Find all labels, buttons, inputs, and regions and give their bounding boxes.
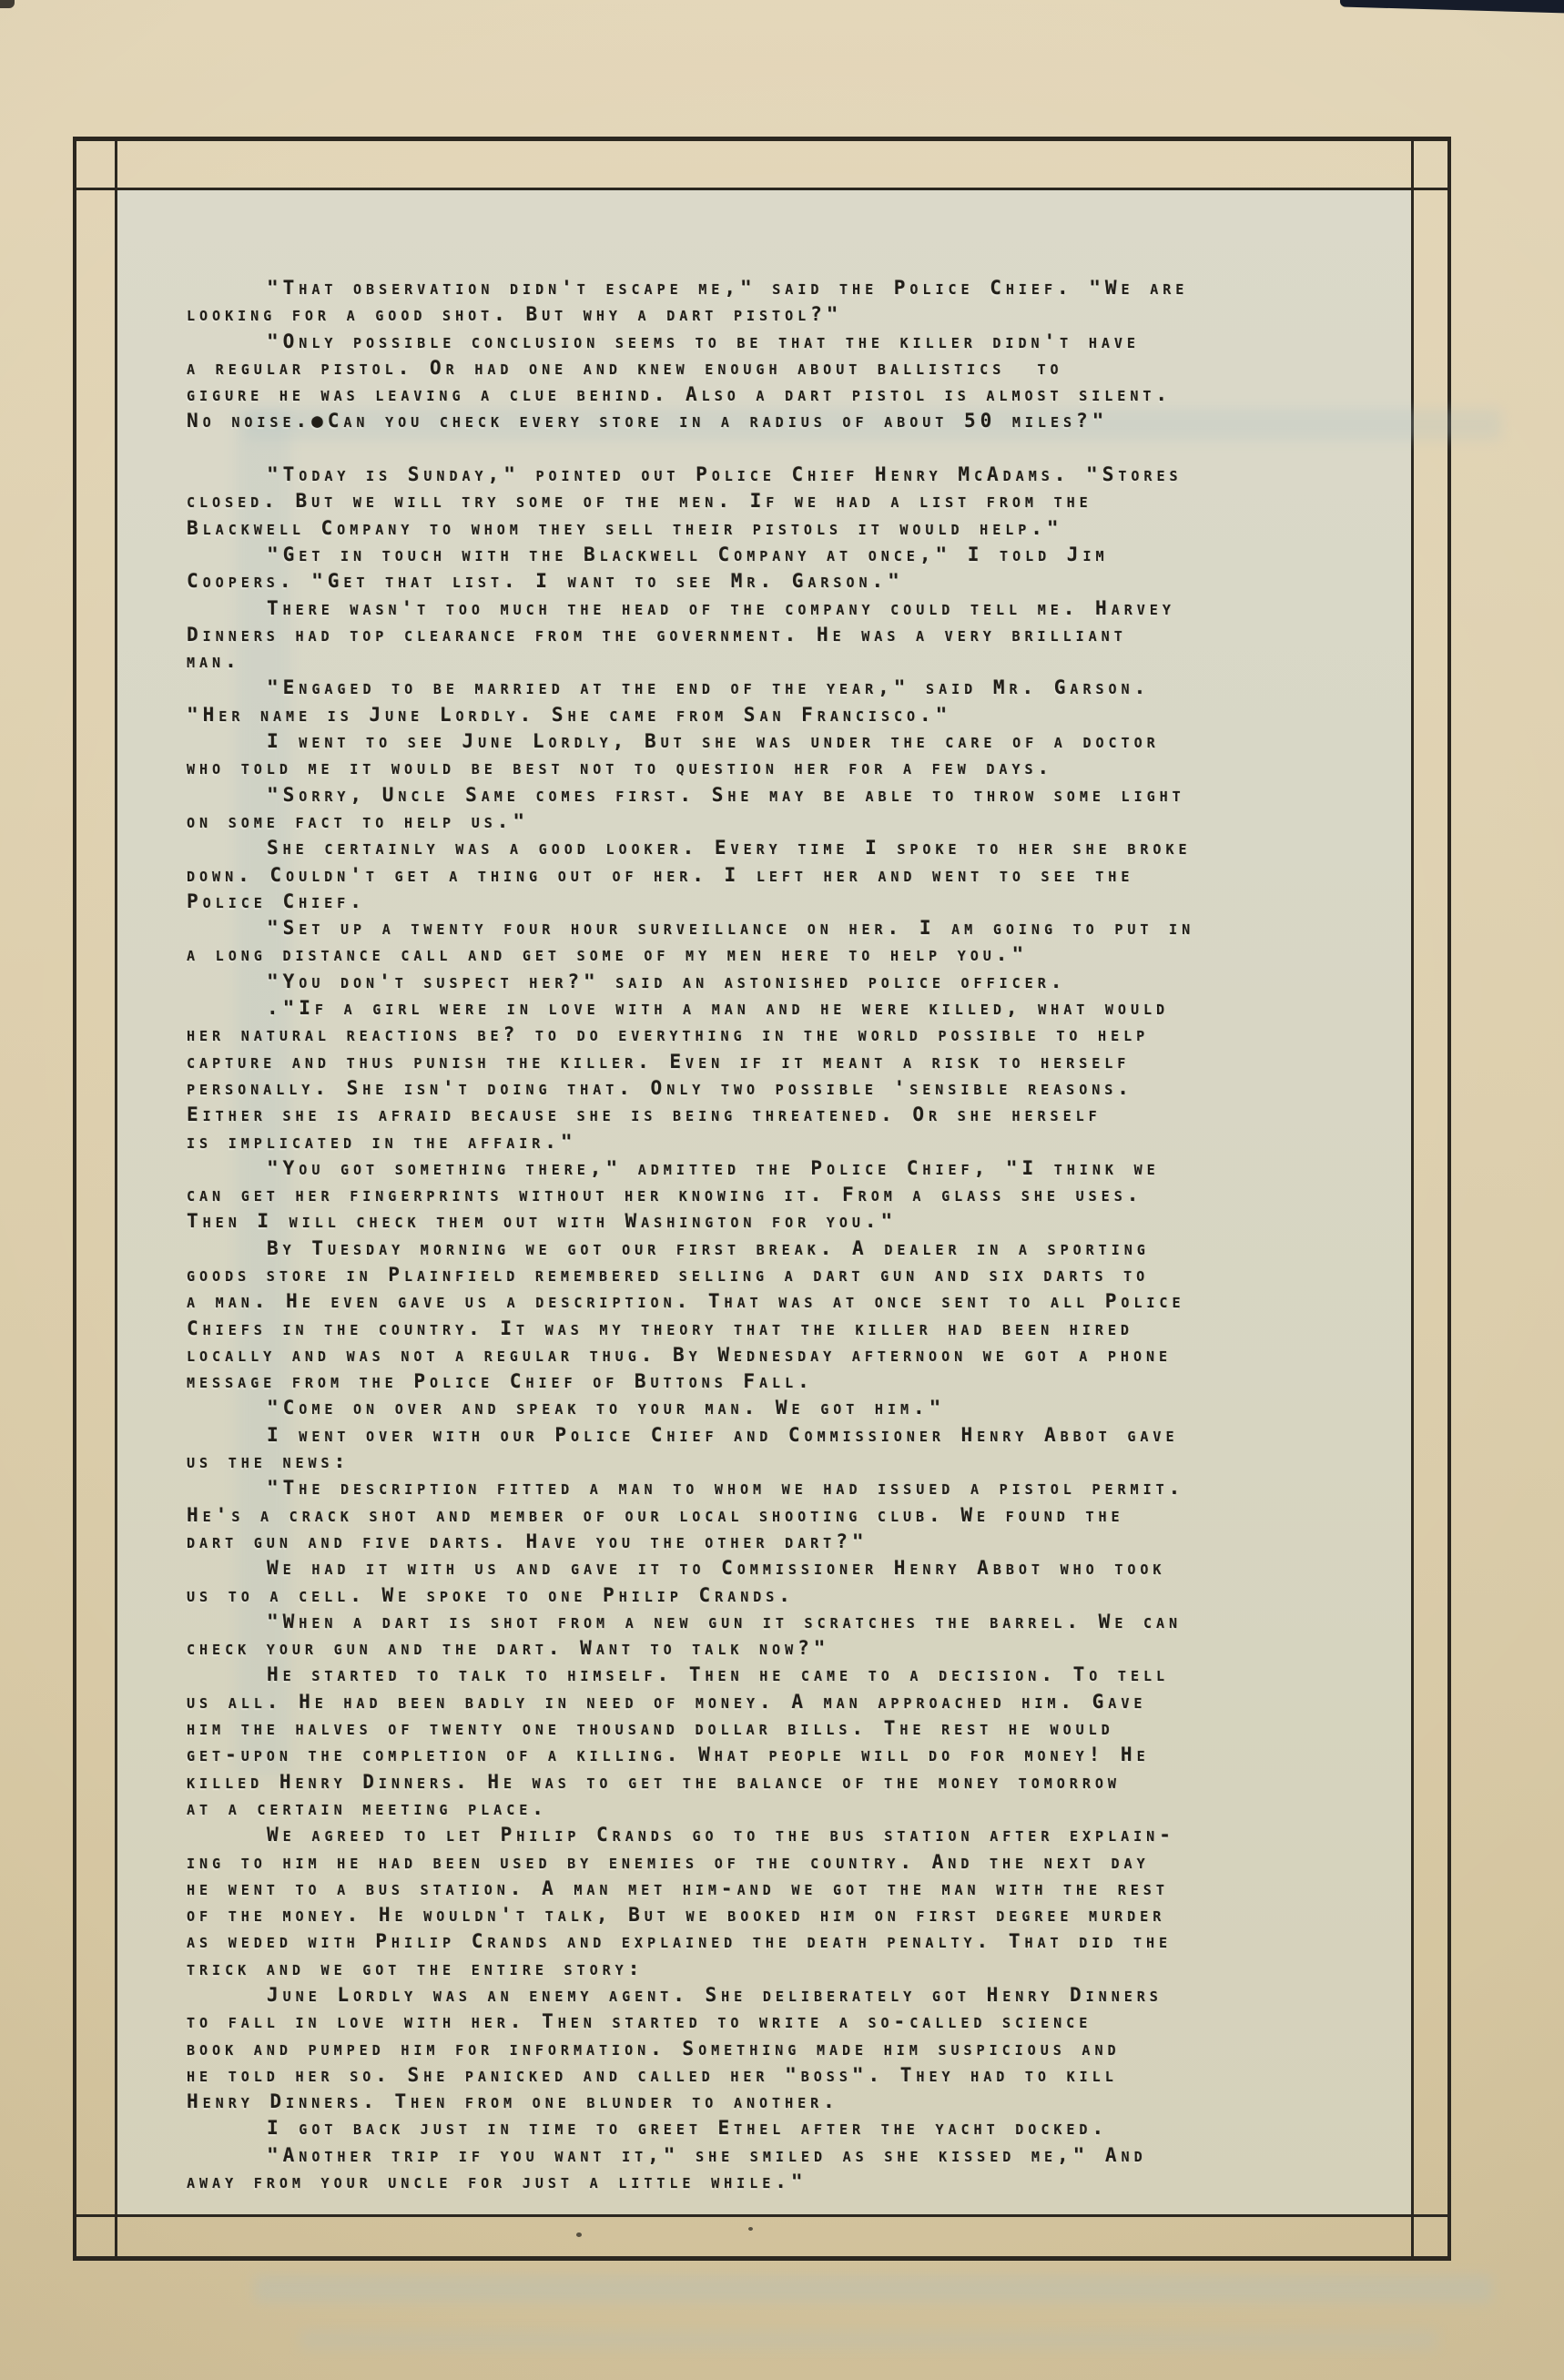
story-line: can get her fingerprints without her kno… xyxy=(187,1182,1411,1208)
story-line: message from the Police Chief of Buttons… xyxy=(187,1368,1411,1395)
paper-streak xyxy=(254,2275,1492,2303)
story-line: "Another trip if you want it," she smile… xyxy=(187,2142,1411,2169)
story-line: Coopers. "Get that list. I want to see M… xyxy=(187,568,1411,595)
story-line: "That observation didn't escape me," sai… xyxy=(187,275,1411,301)
story-line: down. Couldn't get a thing out of her. I… xyxy=(187,862,1411,889)
story-line: away from your uncle for just a little w… xyxy=(187,2169,1411,2195)
story-line: personally. She isn't doing that. Only t… xyxy=(187,1075,1411,1102)
story-line: "You got something there," admitted the … xyxy=(187,1155,1411,1182)
story-line: locally and was not a regular thug. By W… xyxy=(187,1342,1411,1368)
story-line: trick and we got the entire story: xyxy=(187,1956,1411,1982)
story-line: Chiefs in the country. It was my theory … xyxy=(187,1316,1411,1342)
story-line: killed Henry Dinners. He was to get the … xyxy=(187,1769,1411,1795)
story-line: is implicated in the affair." xyxy=(187,1129,1411,1155)
story-line: We agreed to let Philip Crands go to the… xyxy=(187,1822,1411,1848)
story-line: goods store in Plainfield remembered sel… xyxy=(187,1262,1411,1288)
story-line: "Get in touch with the Blackwell Company… xyxy=(187,542,1411,568)
story-line: us the news: xyxy=(187,1449,1411,1475)
story-line: Blackwell Company to whom they sell thei… xyxy=(187,515,1411,542)
story-line: on some fact to help us." xyxy=(187,809,1411,835)
story-line: us all. He had been badly in need of mon… xyxy=(187,1689,1411,1715)
story-line: he told her so. She panicked and called … xyxy=(187,2062,1411,2089)
story-line: gigure he was leaving a clue behind. Als… xyxy=(187,381,1411,408)
story-line: to fall in love with her. Then started t… xyxy=(187,2009,1411,2035)
story-line: as weded with Philip Crands and explaine… xyxy=(187,1928,1411,1955)
story-line: ing to him he had been used by enemies o… xyxy=(187,1849,1411,1876)
story-line: dart gun and five darts. Have you the ot… xyxy=(187,1529,1411,1555)
story-line: ."If a girl were in love with a man and … xyxy=(187,995,1411,1022)
story-line: capture and thus punish the killer. Even… xyxy=(187,1049,1411,1075)
frame-line-left-outer xyxy=(73,137,76,2261)
frame-line-right-inner xyxy=(1411,137,1414,2261)
story-line: She certainly was a good looker. Every t… xyxy=(187,835,1411,861)
scan-edge-artifact-top-left xyxy=(0,0,15,8)
paper-streak xyxy=(300,2330,1437,2350)
story-line: "The description fitted a man to whom we… xyxy=(187,1475,1411,1501)
story-line: us to a cell. We spoke to one Philip Cra… xyxy=(187,1582,1411,1609)
story-line: "Sorry, Uncle Same comes first. She may … xyxy=(187,782,1411,809)
story-line: We had it with us and gave it to Commiss… xyxy=(187,1555,1411,1582)
story-line: June Lordly was an enemy agent. She deli… xyxy=(187,1982,1411,2009)
story-line: "Today is Sunday," pointed out Police Ch… xyxy=(187,462,1411,488)
story-line: who told me it would be best not to ques… xyxy=(187,755,1411,781)
story-line: a long distance call and get some of my … xyxy=(187,941,1411,968)
story-line: He's a crack shot and member of our loca… xyxy=(187,1502,1411,1529)
story-line: her natural reactions be? to do everythi… xyxy=(187,1022,1411,1048)
story-line: of the money. He wouldn't talk, But we b… xyxy=(187,1902,1411,1928)
scan-edge-artifact-top-right xyxy=(1340,0,1564,14)
story-line: Police Chief. xyxy=(187,889,1411,915)
story-line: get-upon the completion of a killing. Wh… xyxy=(187,1742,1411,1768)
story-line: check your gun and the dart. Want to tal… xyxy=(187,1635,1411,1662)
story-line: "When a dart is shot from a new gun it s… xyxy=(187,1609,1411,1635)
story-line: book and pumped him for information. Som… xyxy=(187,2036,1411,2062)
story-line: There wasn't too much the head of the co… xyxy=(187,595,1411,622)
story-line: I went over with our Police Chief and Co… xyxy=(187,1422,1411,1449)
story-line: Henry Dinners. Then from one blunder to … xyxy=(187,2089,1411,2115)
story-line: Then I will check them out with Washingt… xyxy=(187,1208,1411,1235)
story-text-block: "That observation didn't escape me," sai… xyxy=(187,275,1411,2195)
story-line: I went to see June Lordly, But she was u… xyxy=(187,728,1411,755)
story-line: closed. But we will try some of the men.… xyxy=(187,488,1411,514)
story-line: at a certain meeting place. xyxy=(187,1795,1411,1822)
frame-line-bottom-inner xyxy=(73,2214,1451,2217)
story-line: "Her name is June Lordly. She came from … xyxy=(187,702,1411,728)
story-line: "Engaged to be married at the end of the… xyxy=(187,675,1411,701)
ink-speck xyxy=(748,2227,753,2231)
story-line: a man. He even gave us a description. Th… xyxy=(187,1288,1411,1315)
story-line: Dinners had top clearance from the gover… xyxy=(187,622,1411,648)
story-line: a regular pistol. Or had one and knew en… xyxy=(187,355,1411,381)
story-line: "Come on over and speak to your man. We … xyxy=(187,1395,1411,1421)
story-line: I got back just in time to greet Ethel a… xyxy=(187,2115,1411,2141)
ink-speck xyxy=(576,2233,582,2237)
story-line: He started to talk to himself. Then he c… xyxy=(187,1662,1411,1688)
story-line: him the halves of twenty one thousand do… xyxy=(187,1715,1411,1742)
story-line: he went to a bus station. A man met him-… xyxy=(187,1876,1411,1902)
frame-line-bottom-outer xyxy=(73,2256,1451,2261)
frame-line-top-outer xyxy=(73,137,1451,141)
scanned-page: "That observation didn't escape me," sai… xyxy=(0,0,1564,2380)
story-line: No noise.●Can you check every store in a… xyxy=(187,408,1411,434)
story-line: By Tuesday morning we got our first brea… xyxy=(187,1236,1411,1262)
story-blank-line xyxy=(187,435,1411,462)
story-line: Either she is afraid because she is bein… xyxy=(187,1102,1411,1128)
story-line: man. xyxy=(187,648,1411,675)
story-line: "Set up a twenty four hour surveillance … xyxy=(187,915,1411,941)
frame-line-right-outer xyxy=(1447,137,1451,2261)
story-line: "Only possible conclusion seems to be th… xyxy=(187,329,1411,355)
story-line: looking for a good shot. But why a dart … xyxy=(187,301,1411,328)
story-line: "You don't suspect her?" said an astonis… xyxy=(187,969,1411,995)
